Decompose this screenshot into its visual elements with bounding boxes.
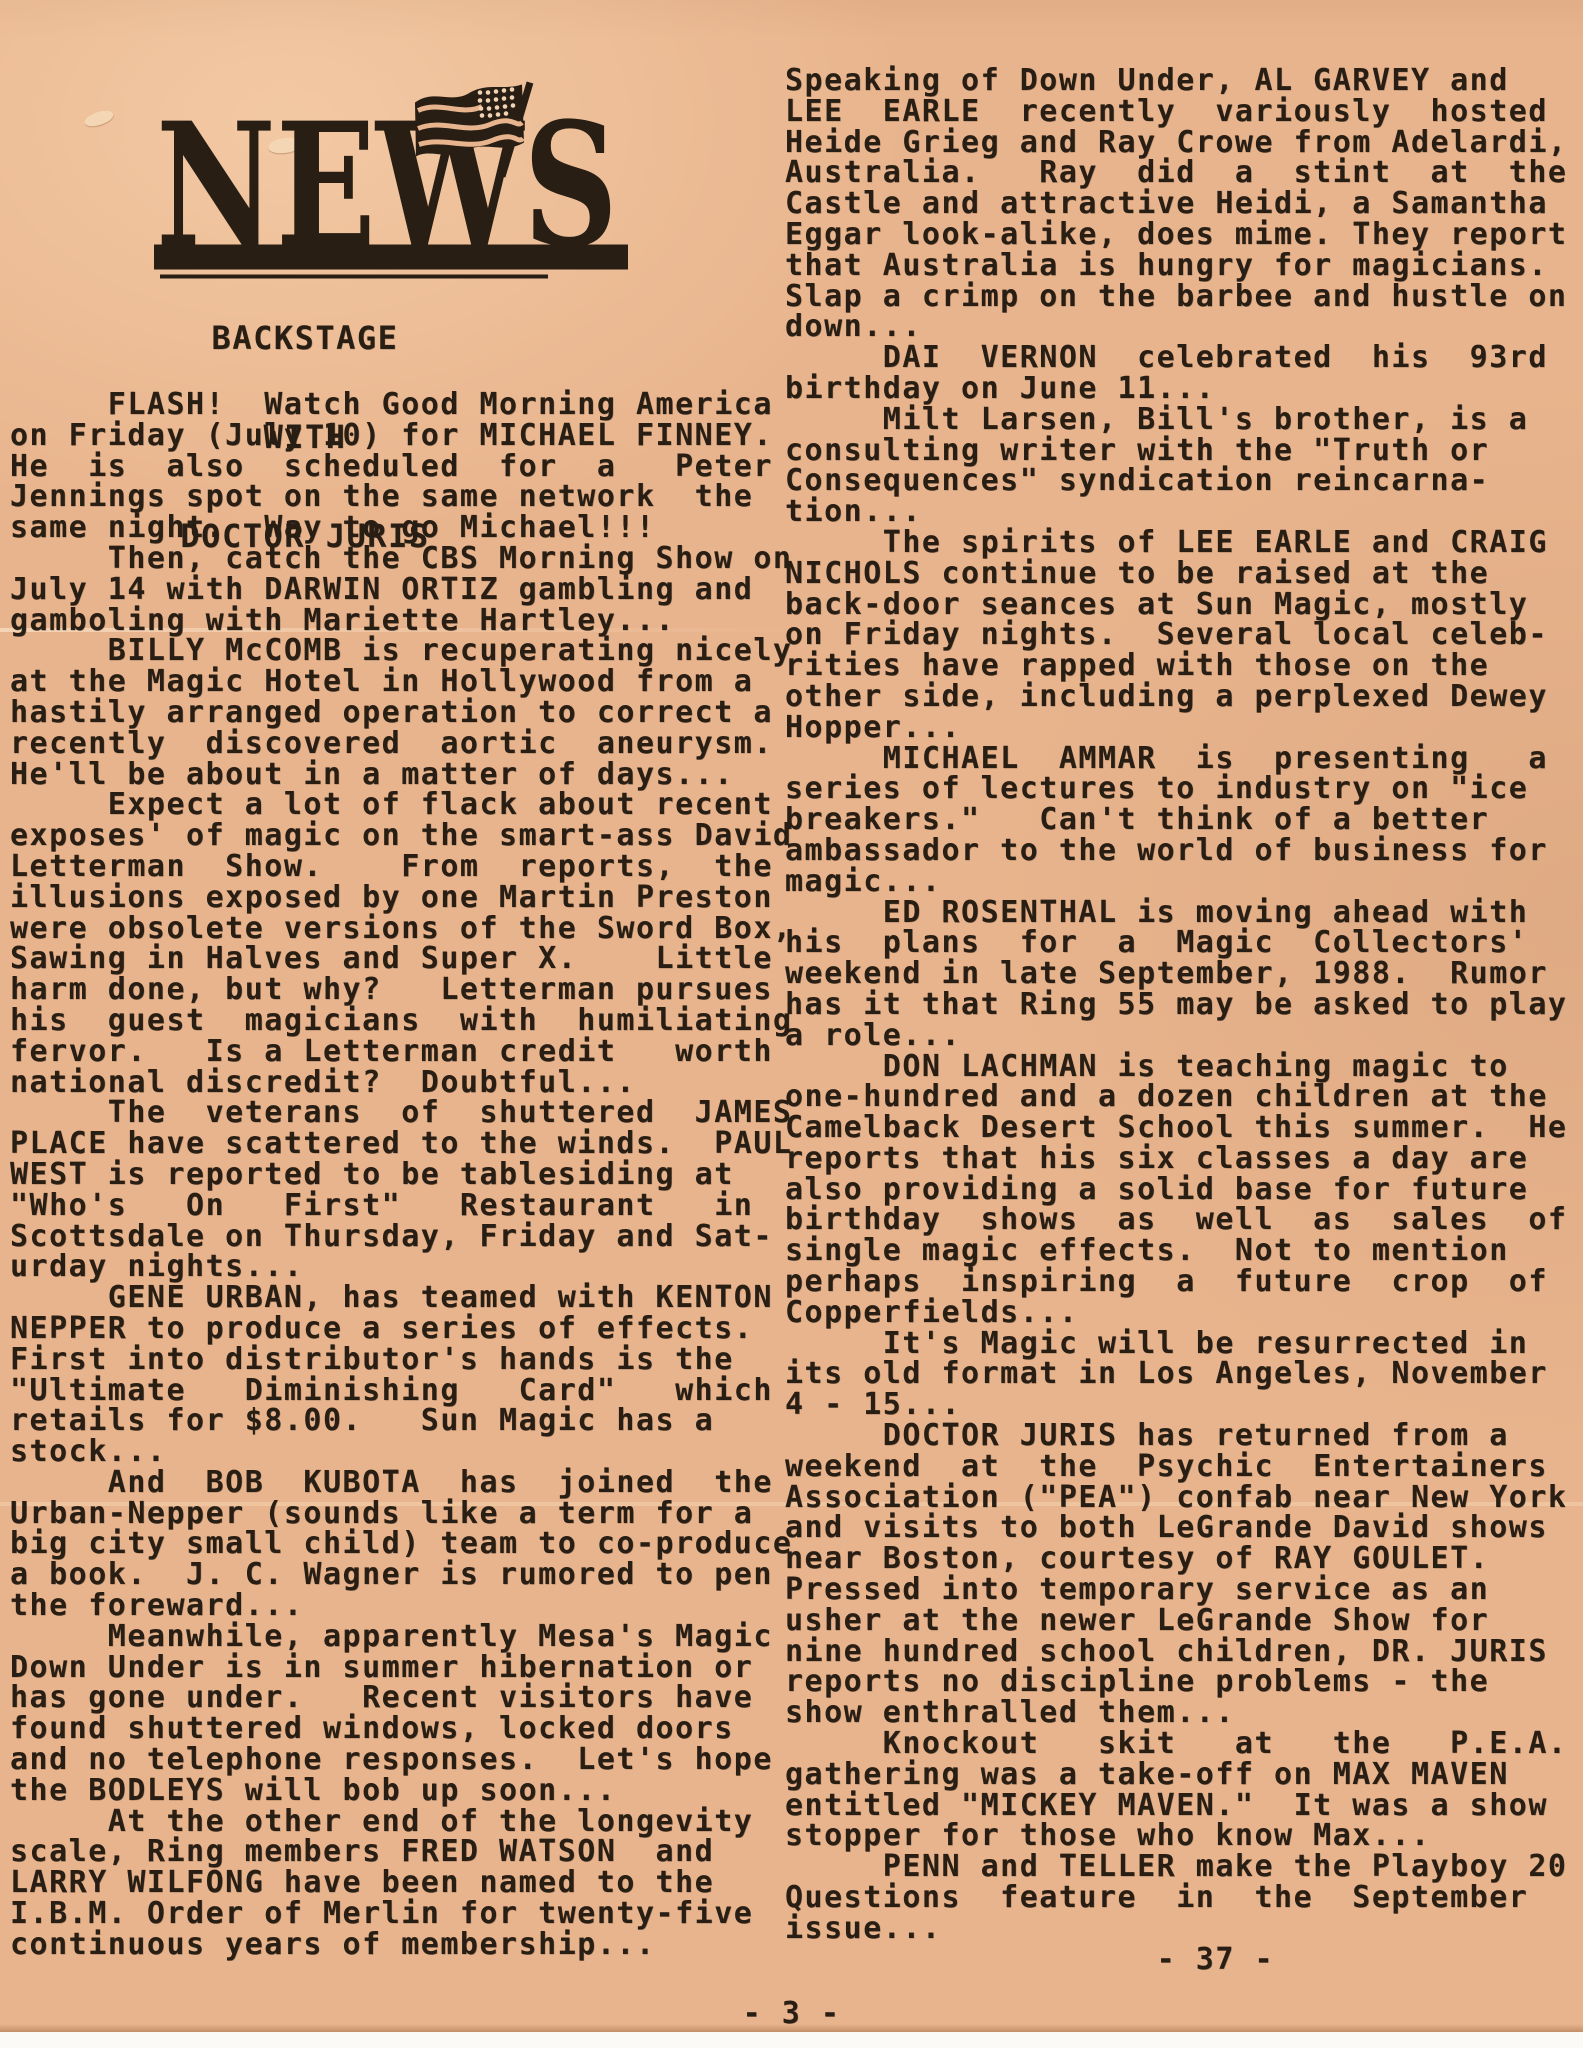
text-line: He is also scheduled for a Peter — [10, 452, 792, 483]
text-line: show enthralled them... — [785, 1698, 1575, 1729]
heading-line-1: BACKSTAGE — [5, 322, 605, 355]
text-line: urday nights... — [10, 1252, 792, 1283]
text-line: Association ("PEA") confab near New York — [785, 1483, 1575, 1514]
text-line: that Australia is hungry for magicians. — [785, 251, 1575, 282]
text-line: down... — [785, 312, 1575, 343]
text-line: He'll be about in a matter of days... — [10, 760, 792, 791]
text-line: issue... — [785, 1914, 1575, 1945]
text-line: Camelback Desert School this summer. He — [785, 1113, 1575, 1144]
text-line: PENN and TELLER make the Playboy 20 — [785, 1852, 1575, 1883]
text-line: on Friday (July 10) for MICHAEL FINNEY. — [10, 421, 792, 452]
text-line: usher at the newer LeGrande Show for — [785, 1606, 1575, 1637]
text-line: continuous years of membership... — [10, 1930, 792, 1961]
text-line: WEST is reported to be tablesiding at — [10, 1160, 792, 1191]
text-line: stopper for those who know Max... — [785, 1821, 1575, 1852]
text-line: Milt Larsen, Bill's brother, is a — [785, 405, 1575, 436]
text-line: gamboling with Mariette Hartley... — [10, 606, 792, 637]
text-line: gathering was a take-off on MAX MAVEN — [785, 1760, 1575, 1791]
right-text-column: Speaking of Down Under, AL GARVEY andLEE… — [785, 66, 1575, 1975]
text-line: weekend in late September, 1988. Rumor — [785, 959, 1575, 990]
text-line: Knockout skit at the P.E.A. — [785, 1729, 1575, 1760]
text-line: one-hundred and a dozen children at the — [785, 1082, 1575, 1113]
text-line: retails for $8.00. Sun Magic has a — [10, 1406, 792, 1437]
text-line: the BODLEYS will bob up soon... — [10, 1776, 792, 1807]
text-line: Copperfields... — [785, 1298, 1575, 1329]
text-line: Eggar look-alike, does mime. They report — [785, 220, 1575, 251]
text-line: Sawing in Halves and Super X. Little — [10, 944, 792, 975]
text-line: scale, Ring members FRED WATSON and — [10, 1837, 792, 1868]
text-line: single magic effects. Not to mention — [785, 1236, 1575, 1267]
text-line: NICHOLS continue to be raised at the — [785, 559, 1575, 590]
text-line: found shuttered windows, locked doors — [10, 1714, 792, 1745]
text-line: nine hundred school children, DR. JURIS — [785, 1637, 1575, 1668]
text-line: LARRY WILFONG have been named to the — [10, 1868, 792, 1899]
text-line: hastily arranged operation to correct a — [10, 698, 792, 729]
text-line: the foreward... — [10, 1591, 792, 1622]
text-line: Speaking of Down Under, AL GARVEY and — [785, 66, 1575, 97]
text-line: It's Magic will be resurrected in — [785, 1329, 1575, 1360]
scan-background-strip — [0, 2032, 1583, 2048]
text-line: First into distributor's hands is the — [10, 1345, 792, 1376]
text-line: MICHAEL AMMAR is presenting a — [785, 744, 1575, 775]
text-line: DAI VERNON celebrated his 93rd — [785, 343, 1575, 374]
text-line: near Boston, courtesy of RAY GOULET. — [785, 1544, 1575, 1575]
text-line: back-door seances at Sun Magic, mostly — [785, 590, 1575, 621]
text-line: I.B.M. Order of Merlin for twenty-five — [10, 1899, 792, 1930]
text-line: other side, including a perplexed Dewey — [785, 682, 1575, 713]
text-line: rities have rapped with those on the — [785, 651, 1575, 682]
text-line: Australia. Ray did a stint at the — [785, 158, 1575, 189]
text-line: reports that his six classes a day are — [785, 1144, 1575, 1175]
text-line: Pressed into temporary service as an — [785, 1575, 1575, 1606]
text-line: exposes' of magic on the smart-ass David — [10, 821, 792, 852]
text-line: Meanwhile, apparently Mesa's Magic — [10, 1622, 792, 1653]
text-line: - 37 - — [785, 1945, 1575, 1976]
text-line: perhaps inspiring a future crop of — [785, 1267, 1575, 1298]
text-line: DOCTOR JURIS has returned from a — [785, 1421, 1575, 1452]
text-line: Heide Grieg and Ray Crowe from Adelardi, — [785, 128, 1575, 159]
text-line: his guest magicians with humiliating — [10, 1006, 792, 1037]
text-line: NEPPER to produce a series of effects. — [10, 1314, 792, 1345]
text-line: magic... — [785, 867, 1575, 898]
text-line: "Ultimate Diminishing Card" which — [10, 1376, 792, 1407]
text-line: on Friday nights. Several local celeb- — [785, 620, 1575, 651]
text-line: has gone under. Recent visitors have — [10, 1683, 792, 1714]
news-logo-graphic: NEWS — [152, 78, 630, 283]
text-line: consulting writer with the "Truth or — [785, 436, 1575, 467]
text-line: stock... — [10, 1437, 792, 1468]
text-line: ED ROSENTHAL is moving ahead with — [785, 898, 1575, 929]
text-line: Scottsdale on Thursday, Friday and Sat- — [10, 1222, 792, 1253]
text-line: "Who's On First" Restaurant in — [10, 1191, 792, 1222]
paper-bottom-edge — [0, 2024, 1583, 2032]
text-line: national discredit? Doubtful... — [10, 1068, 792, 1099]
text-line: Urban-Nepper (sounds like a term for a — [10, 1499, 792, 1530]
text-line: fervor. Is a Letterman credit worth — [10, 1037, 792, 1068]
text-line: Questions feature in the September — [785, 1883, 1575, 1914]
text-line: reports no discipline problems - the — [785, 1667, 1575, 1698]
text-line: DON LACHMAN is teaching magic to — [785, 1052, 1575, 1083]
news-logo: NEWS — [152, 78, 630, 283]
text-line: Hopper... — [785, 713, 1575, 744]
text-line: harm done, but why? Letterman pursues — [10, 975, 792, 1006]
text-line: Then, catch the CBS Morning Show on — [10, 544, 792, 575]
text-line: ambassador to the world of business for — [785, 836, 1575, 867]
text-line: has it that Ring 55 may be asked to play — [785, 990, 1575, 1021]
text-line: illusions exposed by one Martin Preston — [10, 883, 792, 914]
text-line: Castle and attractive Heidi, a Samantha — [785, 189, 1575, 220]
text-line: also providing a solid base for future — [785, 1175, 1575, 1206]
left-text-column: FLASH! Watch Good Morning Americaon Frid… — [10, 390, 792, 1961]
text-line: Consequences" syndication reincarna- — [785, 466, 1575, 497]
text-line: Down Under is in summer hibernation or — [10, 1653, 792, 1684]
text-line: GENE URBAN, has teamed with KENTON — [10, 1283, 792, 1314]
text-line: big city small child) team to co-produce — [10, 1529, 792, 1560]
text-line: tion... — [785, 497, 1575, 528]
text-line: LEE EARLE recently variously hosted — [785, 97, 1575, 128]
text-line: Slap a crimp on the barbee and hustle on — [785, 282, 1575, 313]
text-line: And BOB KUBOTA has joined the — [10, 1468, 792, 1499]
text-line: its old format in Los Angeles, November — [785, 1359, 1575, 1390]
text-line: breakers." Can't think of a better — [785, 805, 1575, 836]
logo-wordmark: NEWS — [156, 86, 618, 284]
text-line: 4 - 15... — [785, 1390, 1575, 1421]
text-line: entitled "MICKEY MAVEN." It was a show — [785, 1791, 1575, 1822]
text-line: a book. J. C. Wagner is rumored to pen — [10, 1560, 792, 1591]
text-line: and visits to both LeGrande David shows — [785, 1513, 1575, 1544]
text-line: his plans for a Magic Collectors' — [785, 928, 1575, 959]
text-line: The spirits of LEE EARLE and CRAIG — [785, 528, 1575, 559]
text-line: Jennings spot on the same network the — [10, 482, 792, 513]
text-line: recently discovered aortic aneurysm. — [10, 729, 792, 760]
text-line: FLASH! Watch Good Morning America — [10, 390, 792, 421]
text-line: same night. Way to go Michael!!! — [10, 513, 792, 544]
text-line: at the Magic Hotel in Hollywood from a — [10, 667, 792, 698]
text-line: The veterans of shuttered JAMES — [10, 1098, 792, 1129]
text-line: weekend at the Psychic Entertainers — [785, 1452, 1575, 1483]
text-line: and no telephone responses. Let's hope — [10, 1745, 792, 1776]
text-line: were obsolete versions of the Sword Box, — [10, 914, 792, 945]
text-line: a role... — [785, 1021, 1575, 1052]
text-line: birthday on June 11... — [785, 374, 1575, 405]
text-line: Expect a lot of flack about recent — [10, 790, 792, 821]
text-line: series of lectures to industry on "ice — [785, 774, 1575, 805]
text-line: July 14 with DARWIN ORTIZ gambling and — [10, 575, 792, 606]
text-line: Letterman Show. From reports, the — [10, 852, 792, 883]
text-line: At the other end of the longevity — [10, 1807, 792, 1838]
text-line: birthday shows as well as sales of — [785, 1205, 1575, 1236]
text-line: PLACE have scattered to the winds. PAUL — [10, 1129, 792, 1160]
text-line: BILLY McCOMB is recuperating nicely — [10, 636, 792, 667]
